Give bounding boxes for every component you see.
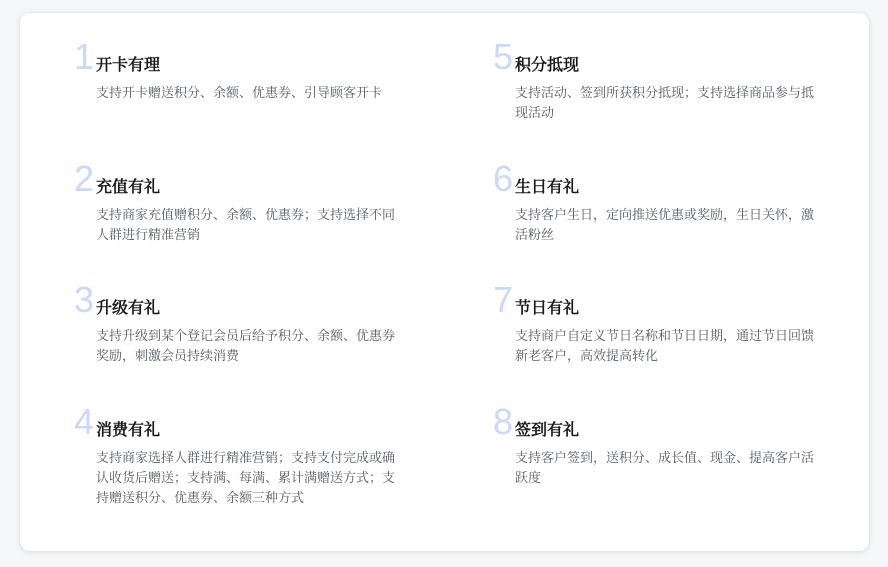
feature-number: 5 xyxy=(493,39,513,75)
feature-title: 升级有礼 xyxy=(96,298,160,318)
feature-number: 3 xyxy=(74,282,94,318)
feature-number: 8 xyxy=(493,404,513,440)
feature-description: 支持活动、签到所获积分抵现；支持选择商品参与抵现活动 xyxy=(515,84,825,124)
feature-number: 2 xyxy=(74,161,94,197)
feature-description: 支持客户生日，定向推送优惠或奖励，生日关怀，激活粉丝 xyxy=(515,206,825,246)
feature-number: 7 xyxy=(493,282,513,318)
feature-title: 充值有礼 xyxy=(96,177,160,197)
feature-number: 1 xyxy=(74,39,94,75)
features-card: 1 开卡有理 支持开卡赠送积分、余额、优惠券、引导顾客开卡 2 充值有礼 支持商… xyxy=(20,13,869,551)
feature-description: 支持商户自定义节日名称和节日日期，通过节日回馈新老客户，高效提高转化 xyxy=(515,327,825,367)
feature-description: 支持商家选择人群进行精准营销；支持支付完成或确认收货后赠送；支持满、每满、累计满… xyxy=(96,449,406,509)
feature-title: 开卡有理 xyxy=(96,55,160,75)
feature-description: 支持开卡赠送积分、余额、优惠券、引导顾客开卡 xyxy=(96,84,406,104)
feature-title: 消费有礼 xyxy=(96,420,160,440)
feature-number: 4 xyxy=(74,404,94,440)
feature-description: 支持升级到某个登记会员后给予积分、余额、优惠券奖励，刺激会员持续消费 xyxy=(96,327,406,367)
feature-title: 生日有礼 xyxy=(515,177,579,197)
feature-title: 积分抵现 xyxy=(515,55,579,75)
feature-title: 节日有礼 xyxy=(515,298,579,318)
feature-number: 6 xyxy=(493,161,513,197)
feature-description: 支持商家充值赠积分、余额、优惠券；支持选择不同人群进行精准营销 xyxy=(96,206,406,246)
feature-description: 支持客户签到，送积分、成长值、现金、提高客户活跃度 xyxy=(515,449,825,489)
feature-title: 签到有礼 xyxy=(515,420,579,440)
